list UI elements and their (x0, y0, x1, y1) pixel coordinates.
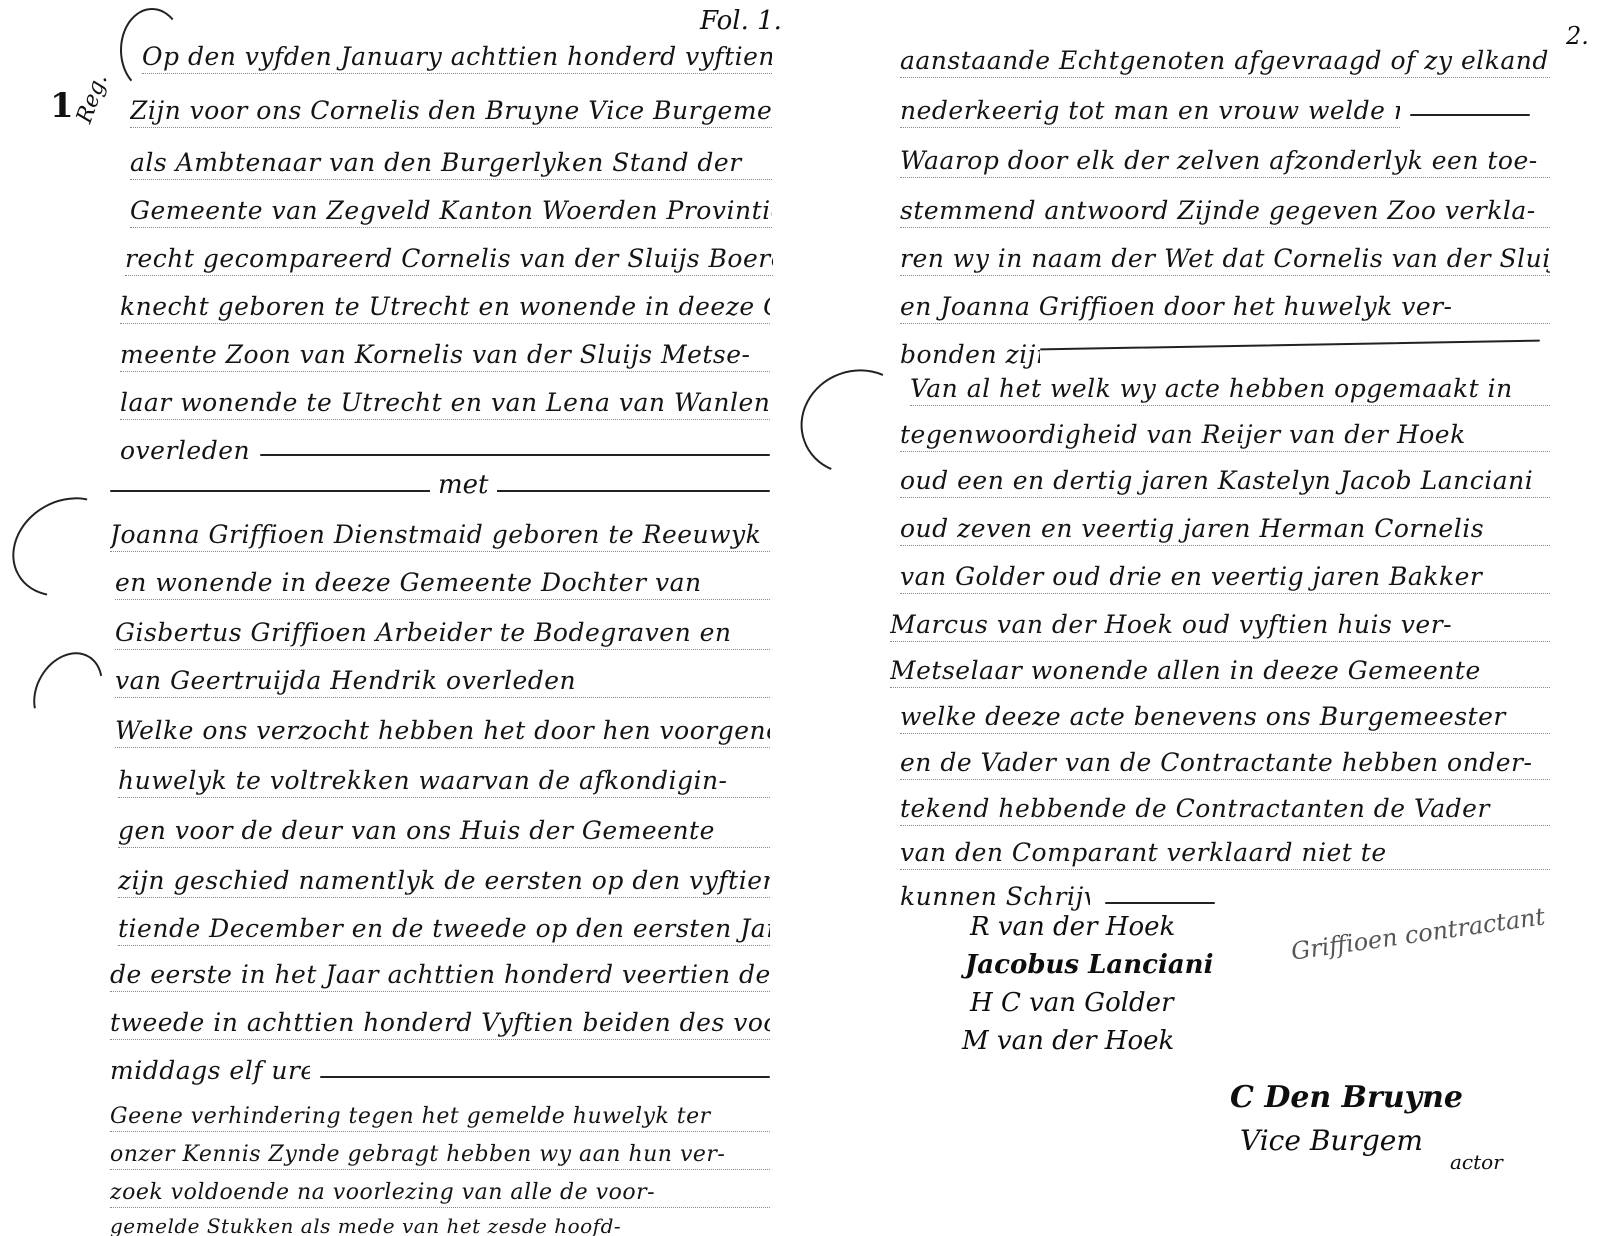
text-line: Waarop door elk der zelven afzonderlyk e… (900, 146, 1550, 178)
text-line: kunnen Schrijven (900, 882, 1090, 913)
text-line: tiende December en de tweede op den eers… (118, 914, 770, 946)
text-line: Welke ons verzocht hebben het door hen v… (115, 716, 770, 748)
text-line: huwelyk te voltrekken waarvan de afkondi… (118, 766, 770, 798)
text-line: en Joanna Griffioen door het huwelyk ver… (900, 292, 1550, 324)
text-line: aanstaande Echtgenoten afgevraagd of zy … (900, 46, 1550, 78)
witness-signature: R van der Hoek (970, 912, 1175, 942)
witness-signature: H C van Golder (970, 988, 1174, 1018)
text-line: van Geertruijda Hendrik overleden (115, 666, 770, 698)
divider-word-met: met (430, 470, 497, 500)
text-line: ren wy in naam der Wet dat Cornelis van … (900, 244, 1550, 276)
official-signature: C Den Bruyne (1230, 1080, 1463, 1115)
text-line: laar wonende te Utrecht en van Lena van … (120, 388, 770, 420)
text-line: van Golder oud drie en veertig jaren Bak… (900, 562, 1550, 594)
text-line: overleden (120, 436, 260, 467)
text-line: knecht geboren te Utrecht en wonende in … (120, 292, 770, 324)
line-filler-rule (1410, 114, 1530, 116)
left-page: Fol. 1. Reg. 1 Op den vyfden January ach… (0, 0, 800, 1236)
text-line: Marcus van der Hoek oud vyftien huis ver… (890, 610, 1550, 642)
line-filler-rule (1040, 340, 1540, 351)
folio-number: Fol. 1. (700, 6, 782, 36)
text-line: Geene verhindering tegen het gemelde huw… (110, 1104, 770, 1132)
text-line: en wonende in deeze Gemeente Dochter van (115, 568, 770, 600)
text-line: tegenwoordigheid van Reijer van der Hoek (900, 420, 1550, 452)
text-line: tweede in achttien honderd Vyftien beide… (110, 1008, 770, 1040)
text-line: bonden zijn (900, 340, 1040, 371)
text-line: welke deeze acte benevens ons Burgemeest… (900, 702, 1550, 734)
text-line: gen voor de deur van ons Huis der Gemeen… (118, 816, 770, 848)
text-line: nederkeerig tot man en vrouw welde nemen (900, 96, 1400, 128)
text-line: Zijn voor ons Cornelis den Bruyne Vice B… (130, 96, 772, 128)
folio-number: 2. (1566, 22, 1589, 50)
text-line: zoek voldoende na voorlezing van alle de… (110, 1180, 770, 1208)
text-line: Van al het welk wy acte hebben opgemaakt… (910, 374, 1550, 406)
text-line: gemelde Stukken als mede van het zesde h… (110, 1214, 770, 1236)
text-line: middags elf uren (110, 1056, 310, 1087)
text-line: zijn geschied namentlyk de eersten op de… (118, 866, 770, 898)
text-line: en de Vader van de Contractante hebben o… (900, 748, 1550, 780)
contractant-side-note: Griffioen contractant (1289, 902, 1546, 965)
text-line: oud een en dertig jaren Kastelyn Jacob L… (900, 466, 1550, 498)
text-line: meente Zoon van Kornelis van der Sluijs … (120, 340, 770, 372)
line-filler-rule (320, 1076, 770, 1078)
text-line: stemmend antwoord Zijnde gegeven Zoo ver… (900, 196, 1550, 228)
margin-register-note: Reg. (72, 70, 113, 126)
text-line: oud zeven en veertig jaren Herman Cornel… (900, 514, 1550, 546)
text-line: recht gecompareerd Cornelis van der Slui… (125, 244, 773, 276)
text-line: Metselaar wonende allen in deeze Gemeent… (890, 656, 1550, 688)
text-line: Gemeente van Zegveld Kanton Woerden Prov… (130, 196, 772, 228)
text-line: tekend hebbende de Contractanten de Vade… (900, 794, 1550, 826)
text-line: Op den vyfden January achttien honderd v… (142, 42, 772, 74)
line-filler-rule (1105, 902, 1215, 904)
witness-signature: Jacobus Lanciani (965, 950, 1213, 980)
text-line: als Ambtenaar van den Burgerlyken Stand … (130, 148, 772, 180)
official-signature-suffix: actor (1450, 1150, 1503, 1174)
line-filler-rule (260, 454, 770, 456)
paragraph-flourish-icon (19, 640, 116, 745)
witness-signature: M van der Hoek (962, 1026, 1174, 1056)
text-line: Joanna Griffioen Dienstmaid geboren te R… (110, 520, 770, 552)
text-line: onzer Kennis Zynde gebragt hebben wy aan… (110, 1142, 770, 1170)
margin-record-number: 1 (50, 86, 74, 126)
text-line: van den Comparant verklaard niet te (900, 838, 1550, 870)
text-line: Gisbertus Griffioen Arbeider te Bodegrav… (115, 618, 770, 650)
text-line: de eerste in het Jaar achttien honderd v… (110, 960, 770, 992)
right-page: 2. aanstaande Echtgenoten afgevraagd of … (840, 0, 1600, 1236)
official-signature: Vice Burgem (1240, 1124, 1423, 1157)
